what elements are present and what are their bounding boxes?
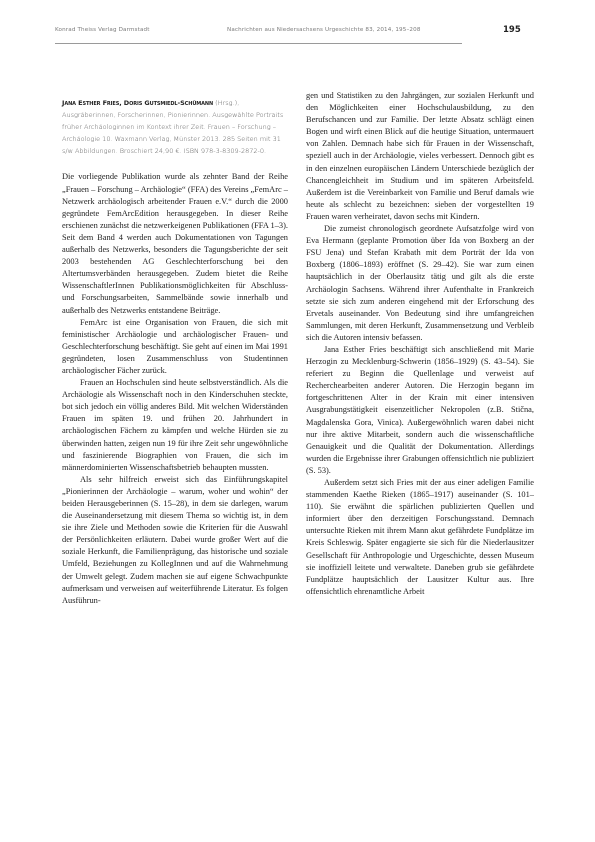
book-citation: Jana Esther Fries, Doris Gutsmiedl-Schüm…	[62, 97, 288, 157]
citation-details: (Hrsg.), Ausgräberinnen, Forscherinnen, …	[62, 99, 283, 155]
paragraph: Die zumeist chronologisch geordnete Aufs…	[306, 223, 534, 344]
publisher-name: Konrad Theiss Verlag Darmstadt	[55, 27, 150, 33]
header-divider	[55, 43, 462, 44]
page-number: 195	[503, 25, 521, 35]
paragraph: gen und Statistiken zu den Jahrgängen, z…	[306, 90, 534, 223]
journal-citation: Nachrichten aus Niedersachsens Urgeschic…	[227, 27, 421, 33]
paragraph: Jana Esther Fries beschäftigt sich ansch…	[306, 344, 534, 477]
right-column: gen und Statistiken zu den Jahrgängen, z…	[306, 90, 534, 598]
paragraph: Frauen an Hochschulen sind heute selbstv…	[62, 377, 288, 474]
left-column: Jana Esther Fries, Doris Gutsmiedl-Schüm…	[62, 97, 288, 607]
citation-authors: Jana Esther Fries, Doris Gutsmiedl-Schüm…	[62, 99, 213, 107]
paragraph: Die vorliegende Publikation wurde als ze…	[62, 171, 288, 316]
paragraph: Außerdem setzt sich Fries mit der aus ei…	[306, 477, 534, 598]
paragraph: Als sehr hilfreich erweist sich das Einf…	[62, 474, 288, 607]
paragraph: FemArc ist eine Organisation von Frauen,…	[62, 317, 288, 377]
